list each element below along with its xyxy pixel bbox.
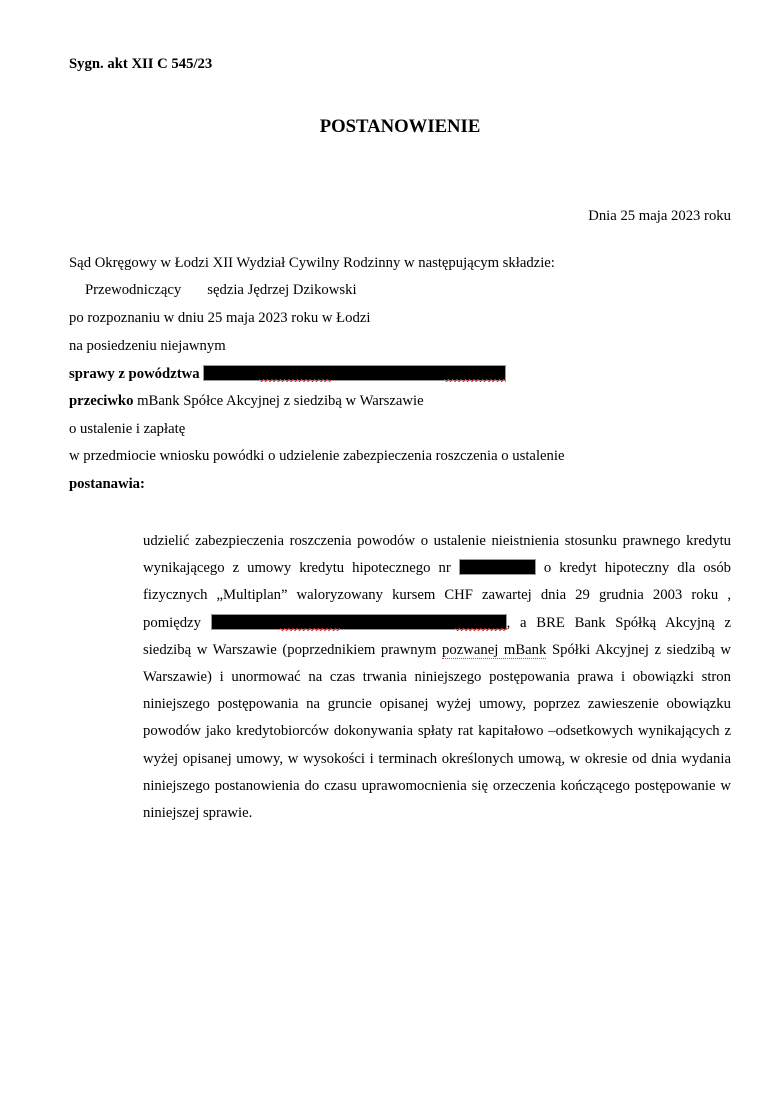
presiding-name: sędzia Jędrzej Dzikowski [207, 282, 356, 298]
session-line: na posiedzeniu niejawnym [69, 338, 226, 355]
court-line: Sąd Okręgowy w Łodzi XII Wydział Cywilny… [69, 255, 555, 272]
hearing-line: po rozpoznaniu w dniu 25 maja 2023 roku … [69, 310, 370, 327]
redaction-box-parties [211, 614, 507, 630]
presiding-label: Przewodniczący [85, 282, 181, 298]
operative-dotted-phrase: pozwanej mBank [442, 642, 546, 659]
case-signature: Sygn. akt XII C 545/23 [69, 56, 212, 73]
operative-part5: Spółki Akcyjnej z siedzibą w Warszawie) … [143, 642, 731, 821]
document-date: Dnia 25 maja 2023 roku [588, 208, 731, 225]
redaction-box-plaintiff [203, 365, 506, 381]
against-label: przeciwko [69, 393, 133, 409]
case-label: sprawy z powództwa [69, 366, 200, 382]
operative-paragraph: udzielić zabezpieczenia roszczenia powod… [143, 528, 731, 827]
presiding-line: Przewodniczącysędzia Jędrzej Dzikowski [69, 282, 357, 299]
case-line: sprawy z powództwa [69, 365, 506, 383]
motion-line: w przedmiocie wniosku powódki o udzielen… [69, 448, 565, 465]
redaction-box-loan-number [459, 559, 536, 575]
subject-line: o ustalenie i zapłatę [69, 421, 185, 438]
against-line: przeciwko mBank Spółce Akcyjnej z siedzi… [69, 393, 424, 410]
decides-label: postanawia: [69, 476, 145, 492]
decides-line: postanawia: [69, 476, 145, 493]
document-title: POSTANOWIENIE [0, 116, 783, 138]
against-value: mBank Spółce Akcyjnej z siedzibą w Warsz… [137, 393, 424, 409]
